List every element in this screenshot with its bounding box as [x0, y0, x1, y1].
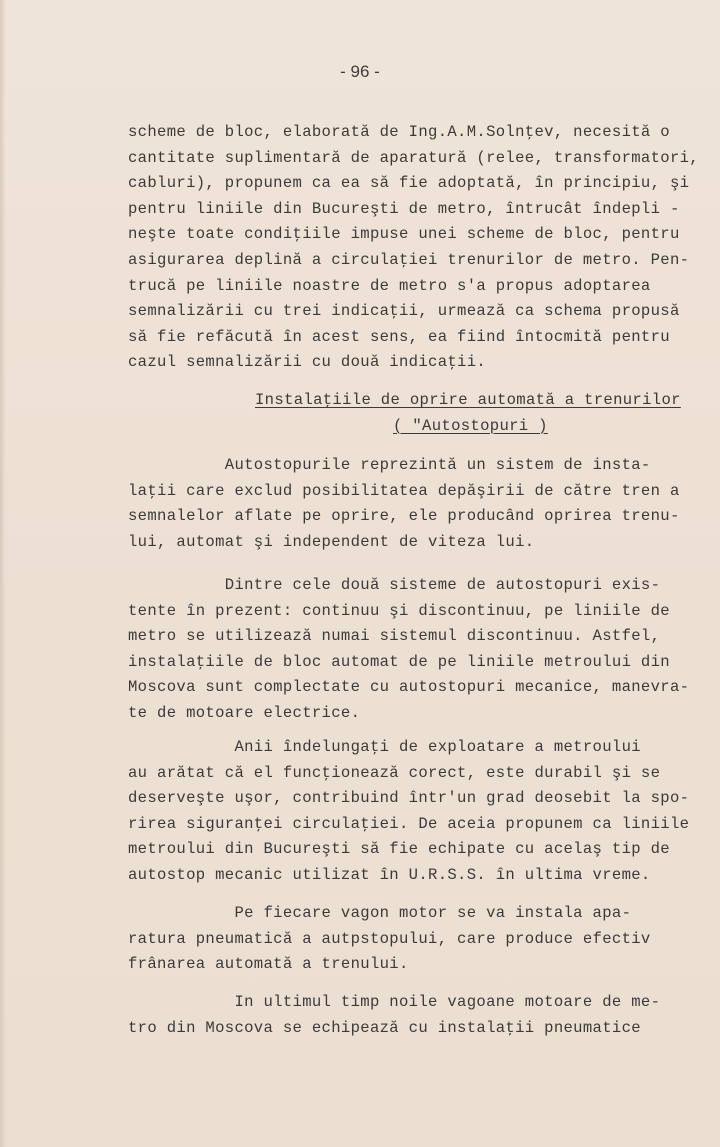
text-line: ratura pneumatică a autpstopului, care p…	[128, 927, 718, 953]
text-line: Moscova sunt complectate cu autostopuri …	[128, 675, 718, 701]
text-line: autostop mecanic utilizat în U.R.S.S. în…	[128, 863, 718, 889]
text-line: să fie refăcută în acest sens, ea fiind …	[128, 325, 718, 351]
paragraph-block-schema: scheme de bloc, elaborată de Ing.A.M.Sol…	[128, 120, 718, 376]
text-line: laţii care exclud posibilitatea depăşiri…	[128, 479, 718, 505]
paragraph-block-experience: Anii îndelungaţi de exploatare a metroul…	[128, 735, 718, 889]
text-line: lui, automat şi independent de viteza lu…	[128, 530, 718, 556]
text-line: In ultimul timp noile vagoane motoare de…	[128, 990, 718, 1016]
page-number: - 96 -	[0, 62, 720, 82]
text-line: neşte toate condiţiile impuse unei schem…	[128, 222, 718, 248]
text-line: semnalelor aflate pe oprire, ele producâ…	[128, 504, 718, 530]
text-line: trucă pe liniile noastre de metro s'a pr…	[128, 274, 718, 300]
text-line: cabluri), propunem ca ea să fie adoptată…	[128, 171, 718, 197]
document-page: - 96 - scheme de bloc, elaborată de Ing.…	[0, 0, 720, 1147]
paragraph-block-autostop-definition: Autostopurile reprezintă un sistem de in…	[128, 453, 718, 555]
text-line: asigurarea deplină a circulaţiei trenuri…	[128, 248, 718, 274]
text-line: rirea siguranţei circulaţiei. De aceia p…	[128, 812, 718, 838]
text-line: scheme de bloc, elaborată de Ing.A.M.Sol…	[128, 120, 718, 146]
text-line: au arătat că el funcţionează corect, est…	[128, 761, 718, 787]
section-title: Instalaţiile de oprire automată a trenur…	[255, 388, 715, 414]
text-line: te de motoare electrice.	[128, 701, 718, 727]
text-line: Anii îndelungaţi de exploatare a metroul…	[128, 735, 718, 761]
text-line: tente în prezent: continuu şi discontinu…	[128, 599, 718, 625]
text-line: cazul semnalizării cu două indicaţii.	[128, 350, 718, 376]
section-subtitle: ( "Autostopuri )	[255, 414, 715, 440]
text-line: deserveşte uşor, contribuind într'un gra…	[128, 786, 718, 812]
text-line: metro se utilizează numai sistemul disco…	[128, 624, 718, 650]
text-line: semnalizării cu trei indicaţii, urmează …	[128, 299, 718, 325]
text-line: Dintre cele două sisteme de autostopuri …	[128, 573, 718, 599]
text-line: metroului din Bucureşti să fie echipate …	[128, 837, 718, 863]
text-line: Pe fiecare vagon motor se va instala apa…	[128, 901, 718, 927]
text-line: cantitate suplimentară de aparatură (rel…	[128, 146, 718, 172]
text-line: instalaţiile de bloc automat de pe linii…	[128, 650, 718, 676]
paragraph-block-moscow-cars: In ultimul timp noile vagoane motoare de…	[128, 990, 718, 1041]
text-line: pentru liniile din Bucureşti de metro, î…	[128, 197, 718, 223]
text-line: frânarea automată a trenului.	[128, 952, 718, 978]
paragraph-block-pneumatic: Pe fiecare vagon motor se va instala apa…	[128, 901, 718, 978]
text-line: Autostopurile reprezintă un sistem de in…	[128, 453, 718, 479]
paragraph-block-systems: Dintre cele două sisteme de autostopuri …	[128, 573, 718, 727]
text-line: tro din Moscova se echipează cu instalaţ…	[128, 1016, 718, 1042]
section-heading: Instalaţiile de oprire automată a trenur…	[255, 388, 715, 439]
